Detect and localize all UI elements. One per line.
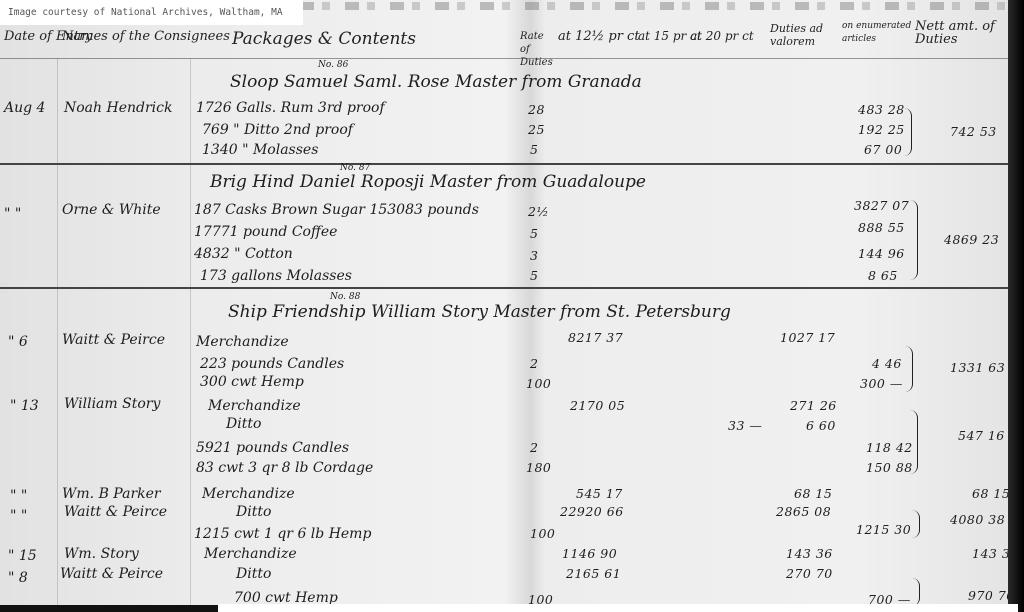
line-enumerated: 144 96 [858, 246, 905, 261]
line-rate: 25 [528, 122, 545, 137]
line-contents: 4832 " Cotton [194, 246, 293, 262]
entry-consignee: Noah Hendrick [64, 100, 172, 116]
entry-consignee: Wm. Story [64, 546, 139, 562]
vessel-title: Ship Friendship William Story Master fro… [228, 302, 731, 322]
line-at-12-5: 22920 66 [560, 504, 624, 519]
entry-nett: 4869 23 [944, 232, 999, 247]
line-contents: 1340 " Molasses [202, 142, 318, 158]
line-contents: 300 cwt Hemp [200, 374, 304, 390]
line-rate: 2 [530, 356, 538, 371]
vessel-title: Brig Hind Daniel Roposji Master from Gua… [210, 172, 646, 192]
line-enumerated: 192 25 [858, 122, 905, 137]
entry-consignee: William Story [64, 396, 160, 412]
entry-consignee: Waitt & Peirce [60, 566, 163, 582]
line-rate: 5 [530, 226, 538, 241]
header-packages: Packages & Contents [232, 33, 416, 46]
line-enumerated: 8 65 [868, 268, 898, 283]
brace [905, 346, 913, 392]
line-at-12-5: 1146 90 [562, 546, 617, 561]
line-rate: 5 [530, 142, 538, 157]
line-rate: 5 [530, 268, 538, 283]
vessel-rule [0, 287, 1010, 289]
entry-consignee: Orne & White [62, 202, 161, 218]
entry-consignee: Waitt & Peirce [64, 504, 167, 520]
entry-consignee: Wm. B Parker [62, 486, 161, 502]
line-at-12-5: 545 17 [576, 486, 623, 501]
line-contents: 1215 cwt 1 qr 6 lb Hemp [194, 526, 371, 542]
bottom-overlay [218, 604, 1018, 612]
page-edge-damage [300, 2, 1010, 10]
line-ad-valorem: 271 26 [790, 398, 837, 413]
line-rate: 100 [530, 526, 555, 541]
vessel-number: No. 86 [318, 60, 348, 70]
entry-date: " 6 [8, 334, 28, 350]
entry-nett: 1331 63 [950, 360, 1005, 375]
line-contents: Ditto [226, 416, 261, 432]
header-consignee: Names of the Consignees [62, 30, 230, 43]
line-contents: 223 pounds Candles [200, 356, 344, 372]
header-rate: Rate of Duties [520, 30, 542, 69]
entry-nett: 742 53 [950, 124, 997, 139]
line-enumerated: 118 42 [866, 440, 913, 455]
line-enumerated: 3827 07 [854, 198, 909, 213]
line-enumerated: 1215 30 [856, 522, 911, 537]
entry-consignee: Waitt & Peirce [62, 332, 165, 348]
header-at-12-5: at 12½ pr ct [558, 30, 640, 43]
line-enumerated: 888 55 [858, 220, 905, 235]
line-contents: 1726 Galls. Rum 3rd proof [196, 100, 385, 116]
entry-nett: 68 15 [972, 486, 1010, 501]
entry-date: " " [4, 206, 21, 222]
line-contents: 769 " Ditto 2nd proof [202, 122, 353, 138]
line-enumerated: 483 28 [858, 102, 905, 117]
entry-date: " 15 [8, 548, 37, 564]
entry-nett: 143 36 [972, 546, 1010, 561]
line-rate: 100 [526, 376, 551, 391]
line-at-12-5: 8217 37 [568, 330, 623, 345]
header-nett: Nett amt. of Duties [915, 20, 1005, 46]
line-rate: 28 [528, 102, 545, 117]
header-enumerated: on enumerated articles [842, 20, 917, 46]
entry-nett: 970 70 [968, 588, 1010, 603]
line-at-12-5: 2165 61 [566, 566, 621, 581]
line-contents: 83 cwt 3 qr 8 lb Cordage [196, 460, 373, 476]
entry-date: " " [10, 488, 27, 504]
line-contents: 187 Casks Brown Sugar 153083 pounds [194, 202, 479, 218]
line-ad-valorem: 68 15 [794, 486, 832, 501]
entry-nett: 547 16 [958, 428, 1005, 443]
line-contents: Merchandize [196, 334, 289, 350]
column-divider [190, 58, 191, 605]
brace [912, 578, 920, 605]
brace [910, 200, 918, 280]
line-at-20: 33 — [728, 418, 762, 433]
brace [912, 510, 920, 538]
line-rate: 2 [530, 440, 538, 455]
ledger-page: Date of Entry Names of the Consignees Pa… [0, 0, 1010, 605]
page-edge-shadow [1008, 0, 1024, 612]
line-contents: Merchandize [208, 398, 301, 414]
line-contents: 700 cwt Hemp [234, 590, 338, 605]
line-ad-valorem: 2865 08 [776, 504, 831, 519]
line-contents: Ditto [236, 566, 271, 582]
line-rate: 2½ [528, 204, 549, 219]
line-contents: Merchandize [202, 486, 295, 502]
entry-date: " " [10, 508, 27, 524]
vessel-rule [0, 163, 1010, 165]
entry-date: " 13 [10, 398, 39, 414]
column-divider [57, 58, 58, 605]
line-enumerated: 300 — [860, 376, 903, 391]
brace [910, 410, 918, 474]
line-ad-valorem: 143 36 [786, 546, 833, 561]
line-contents: 5921 pounds Candles [196, 440, 349, 456]
brace [904, 108, 912, 156]
entry-date: " 8 [8, 570, 28, 586]
line-enumerated: 150 88 [866, 460, 913, 475]
line-ad-valorem: 6 60 [806, 418, 836, 433]
line-rate: 180 [526, 460, 551, 475]
entry-date: Aug 4 [4, 100, 45, 116]
line-contents: Merchandize [204, 546, 297, 562]
line-ad-valorem: 270 70 [786, 566, 833, 581]
header-at-20: at 20 pr ct [690, 30, 754, 43]
header-rule [0, 58, 1010, 59]
entry-nett: 4080 38 [950, 512, 1005, 527]
line-contents: 173 gallons Molasses [200, 268, 352, 284]
line-contents: 17771 pound Coffee [194, 224, 337, 240]
line-enumerated: 67 00 [864, 142, 902, 157]
line-contents: Ditto [236, 504, 271, 520]
vessel-title: Sloop Samuel Saml. Rose Master from Gran… [230, 72, 642, 92]
vessel-number: No. 88 [330, 292, 360, 302]
line-enumerated: 4 46 [872, 356, 902, 371]
line-at-12-5: 2170 05 [570, 398, 625, 413]
line-rate: 3 [530, 248, 538, 263]
image-credit: Image courtesy of National Archives, Wal… [0, 0, 303, 25]
line-ad-valorem: 1027 17 [780, 330, 835, 345]
